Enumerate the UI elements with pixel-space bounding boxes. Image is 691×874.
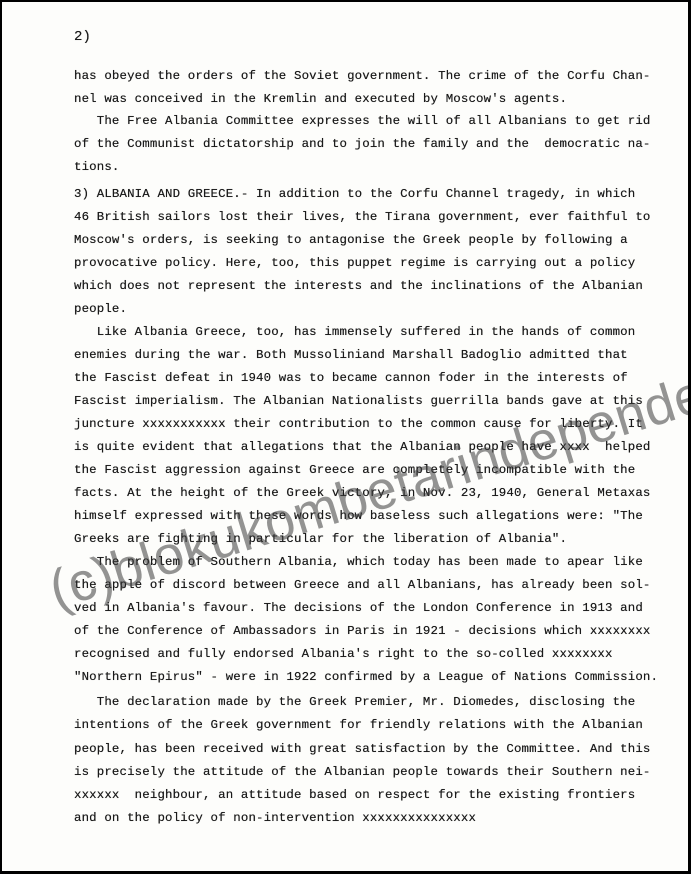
text-line: 46 British sailors lost their lives, the… <box>74 210 651 224</box>
text-line: is quite evident that allegations that t… <box>74 440 651 454</box>
text-line: Greeks are fighting in particular for th… <box>74 532 567 546</box>
text-line: Fascist imperialism. The Albanian Nation… <box>74 394 643 408</box>
text-line: The Free Albania Committee expresses the… <box>74 114 651 128</box>
text-line: "Northern Epirus" - were in 1922 confirm… <box>74 670 658 684</box>
text-line: provocative policy. Here, too, this pupp… <box>74 256 635 270</box>
text-line: which does not represent the interests a… <box>74 279 643 293</box>
text-line: and on the policy of non-intervention xx… <box>74 811 476 825</box>
text-line: enemies during the war. Both Mussolinian… <box>74 348 628 362</box>
text-line: Moscow's orders, is seeking to antagonis… <box>74 233 628 247</box>
document-page: 2) has obeyed the orders of the Soviet g… <box>2 2 688 871</box>
text-line: juncture xxxxxxxxxxx their contribution … <box>74 417 643 431</box>
text-line: of the Conference of Ambassadors in Pari… <box>74 624 651 638</box>
text-line: ved in Albania's favour. The decisions o… <box>74 601 643 615</box>
text-line: The problem of Southern Albania, which t… <box>74 555 643 569</box>
text-line: The declaration made by the Greek Premie… <box>74 695 635 709</box>
text-line: people. <box>74 302 127 316</box>
text-line: the Fascist aggression against Greece ar… <box>74 463 635 477</box>
text-line: himself expressed with these words how b… <box>74 509 643 523</box>
text-line: xxxxxx neighbour, an attitude based on r… <box>74 788 635 802</box>
text-line: intentions of the Greek government for f… <box>74 718 643 732</box>
text-line: facts. At the height of the Greek victor… <box>74 486 651 500</box>
text-line: the Fascist defeat in 1940 was to became… <box>74 371 628 385</box>
text-line: is precisely the attitude of the Albania… <box>74 765 651 779</box>
text-line: has obeyed the orders of the Soviet gove… <box>74 69 651 83</box>
text-line: of the Communist dictatorship and to joi… <box>74 137 651 151</box>
page-number: 2) <box>74 29 91 45</box>
text-line: 3) ALBANIA AND GREECE.- In addition to t… <box>74 187 635 201</box>
text-line: tions. <box>74 160 120 174</box>
text-line: nel was conceived in the Kremlin and exe… <box>74 92 567 106</box>
text-line: people, has been received with great sat… <box>74 742 651 756</box>
text-line: the apple of discord between Greece and … <box>74 578 651 592</box>
text-line: Like Albania Greece, too, has immensely … <box>74 325 635 339</box>
text-line: recognised and fully endorsed Albania's … <box>74 647 613 661</box>
